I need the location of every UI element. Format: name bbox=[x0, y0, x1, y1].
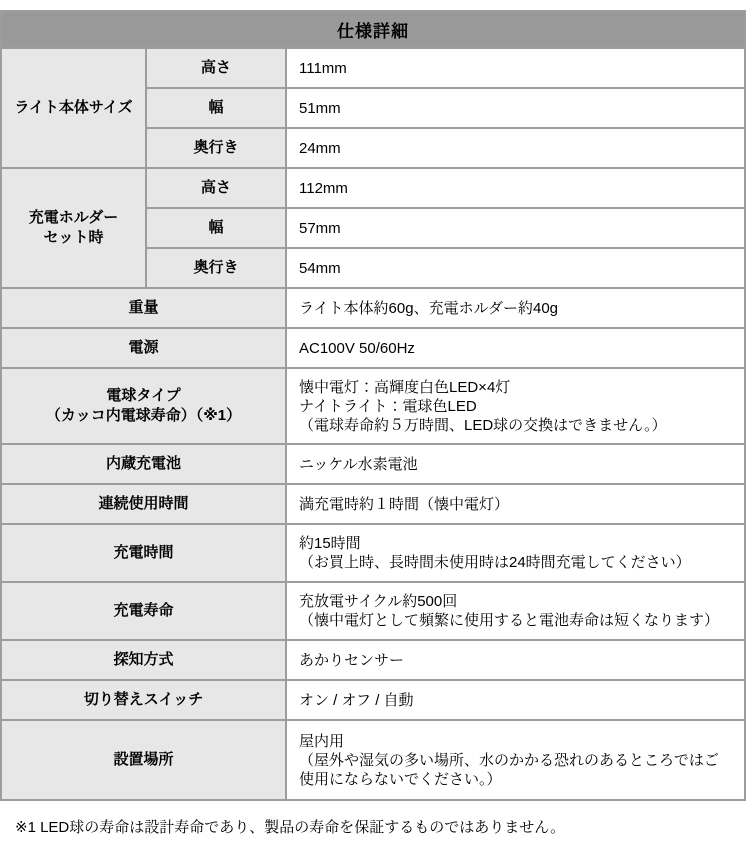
group-label-charging-holder: 充電ホルダー セット時 bbox=[1, 168, 146, 288]
spec-page: 仕様詳細 ライト本体サイズ 高さ 111mm 幅 51mm 奥行き 24mm 充… bbox=[0, 0, 750, 853]
value-width: 57mm bbox=[286, 208, 745, 248]
table-title: 仕様詳細 bbox=[1, 11, 745, 48]
spec-label-charge-time: 充電時間 bbox=[1, 524, 286, 582]
value-height: 112mm bbox=[286, 168, 745, 208]
spec-value-charge-time: 約15時間 （お買上時、長時間未使用時は24時間充電してください） bbox=[286, 524, 745, 582]
spec-value-battery: ニッケル水素電池 bbox=[286, 444, 745, 484]
table-title-row: 仕様詳細 bbox=[1, 11, 745, 48]
table-row: 充電時間 約15時間 （お買上時、長時間未使用時は24時間充電してください） bbox=[1, 524, 745, 582]
spec-value-location: 屋内用 （屋外や湿気の多い場所、水のかかる恐れのあるところではご使用にならないで… bbox=[286, 720, 745, 800]
spec-label-charge-life: 充電寿命 bbox=[1, 582, 286, 640]
table-row: 内蔵充電池 ニッケル水素電池 bbox=[1, 444, 745, 484]
sub-label-width: 幅 bbox=[146, 88, 286, 128]
sub-label-height: 高さ bbox=[146, 168, 286, 208]
sub-label-height: 高さ bbox=[146, 48, 286, 88]
table-row: 探知方式 あかりセンサー bbox=[1, 640, 745, 680]
table-row: ライト本体サイズ 高さ 111mm bbox=[1, 48, 745, 88]
table-row: 設置場所 屋内用 （屋外や湿気の多い場所、水のかかる恐れのあるところではご使用に… bbox=[1, 720, 745, 800]
table-row: 電源 AC100V 50/60Hz bbox=[1, 328, 745, 368]
spec-label-bulb-type: 電球タイプ （カッコ内電球寿命）（※1） bbox=[1, 368, 286, 444]
spec-value-detection: あかりセンサー bbox=[286, 640, 745, 680]
value-width: 51mm bbox=[286, 88, 745, 128]
table-row: 充電ホルダー セット時 高さ 112mm bbox=[1, 168, 745, 208]
table-row: 充電寿命 充放電サイクル約500回 （懐中電灯として頻繁に使用すると電池寿命は短… bbox=[1, 582, 745, 640]
table-row: 電球タイプ （カッコ内電球寿命）（※1） 懐中電灯：高輝度白色LED×4灯 ナイ… bbox=[1, 368, 745, 444]
spec-label-battery: 内蔵充電池 bbox=[1, 444, 286, 484]
spec-label-switch: 切り替えスイッチ bbox=[1, 680, 286, 720]
value-depth: 24mm bbox=[286, 128, 745, 168]
spec-value-switch: オン / オフ / 自動 bbox=[286, 680, 745, 720]
spec-label-usage-time: 連続使用時間 bbox=[1, 484, 286, 524]
value-depth: 54mm bbox=[286, 248, 745, 288]
table-row: 連続使用時間 満充電時約１時間（懐中電灯） bbox=[1, 484, 745, 524]
spec-value-charge-life: 充放電サイクル約500回 （懐中電灯として頻繁に使用すると電池寿命は短くなります… bbox=[286, 582, 745, 640]
group-label-light-body-size: ライト本体サイズ bbox=[1, 48, 146, 168]
table-row: 重量 ライト本体約60g、充電ホルダー約40g bbox=[1, 288, 745, 328]
spec-value-usage-time: 満充電時約１時間（懐中電灯） bbox=[286, 484, 745, 524]
spec-value-power: AC100V 50/60Hz bbox=[286, 328, 745, 368]
sub-label-width: 幅 bbox=[146, 208, 286, 248]
footnote: ※1 LED球の寿命は設計寿命であり、製品の寿命を保証するものではありません。 bbox=[15, 818, 740, 837]
value-height: 111mm bbox=[286, 48, 745, 88]
spec-value-bulb-type: 懐中電灯：高輝度白色LED×4灯 ナイトライト：電球色LED （電球寿命約５万時… bbox=[286, 368, 745, 444]
sub-label-depth: 奥行き bbox=[146, 128, 286, 168]
spec-label-detection: 探知方式 bbox=[1, 640, 286, 680]
sub-label-depth: 奥行き bbox=[146, 248, 286, 288]
spec-label-power: 電源 bbox=[1, 328, 286, 368]
spec-label-location: 設置場所 bbox=[1, 720, 286, 800]
spec-label-weight: 重量 bbox=[1, 288, 286, 328]
table-row: 切り替えスイッチ オン / オフ / 自動 bbox=[1, 680, 745, 720]
spec-table: 仕様詳細 ライト本体サイズ 高さ 111mm 幅 51mm 奥行き 24mm 充… bbox=[0, 10, 746, 801]
spec-value-weight: ライト本体約60g、充電ホルダー約40g bbox=[286, 288, 745, 328]
